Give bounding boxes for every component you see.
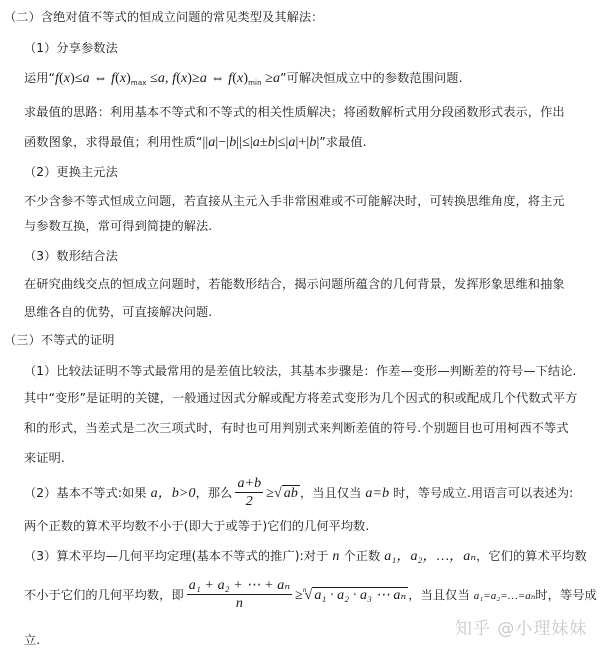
- text: 个正数: [339, 549, 384, 563]
- text: 时，等号成立.用语言可以表述为:: [389, 486, 573, 500]
- text: 不小于它们的几何平均数，即: [24, 588, 184, 602]
- equality-condition: a=b: [365, 486, 389, 501]
- method3-title: （3）数形结合法: [24, 248, 118, 264]
- item2-line2: 两个正数的算术平均数不小于(即大于或等于)它们的几何平均数.: [24, 518, 369, 534]
- text: （3）算术平均—几何平均定理(基本不等式的推广):对于: [24, 549, 332, 563]
- item3-line2: 不小于它们的几何平均数，即a₁ + a₂ + ⋯ + aₙn≥n√a₁ · a₂…: [24, 577, 597, 615]
- text: ”求最值.: [319, 135, 366, 149]
- item1-line3: 和的形式，当差式是二次三项式时，有时也可用判别式来判断差值的符号.个别题目也可用…: [24, 420, 569, 436]
- item1-line4: 来证明.: [24, 450, 65, 466]
- fraction-am: a+b2: [235, 476, 263, 511]
- zhihu-watermark: 知乎 @小理妹妹: [455, 614, 587, 639]
- text: ”可解决恒成立中的参数范围问题.: [280, 71, 462, 85]
- method2-line1: 不少含参不等式恒成立问题，若直接从主元入手非常困难或不可能解决时，可转换思维角度…: [24, 193, 565, 209]
- text: 时，等号成: [535, 588, 596, 602]
- item3-line1: （3）算术平均—几何平均定理(基本不等式的推广):对于 n 个正数 a₁，a₂，…: [24, 548, 587, 565]
- text: 函数图象，求得最值；利用性质“: [24, 135, 202, 149]
- text: ，当且仅当: [300, 486, 365, 500]
- item1-line2: 其中“变形”是证明的关键，一般通过因式分解或配方将差式变形为几个因式的积或配成几…: [24, 390, 577, 406]
- method1-line2: 求最值的思路：利用基本不等式和不等式的相关性质解决；将函数解析式用分段函数形式表…: [24, 104, 565, 120]
- method3-line1: 在研究曲线交点的恒成立问题时，若能数形结合，揭示问题所蕴含的几何背景，发挥形象思…: [24, 276, 565, 292]
- sqrt-gm: ab: [282, 485, 300, 501]
- equality-condition: a₁=a₂=…=aₙ: [474, 590, 536, 602]
- item2-line1: （2）基本不等式:如果 a，b>0，那么a+b2≥√ab，当且仅当 a=b 时，…: [24, 475, 573, 512]
- method2-title: （2）更换主元法: [24, 164, 118, 180]
- item1-line1: （1）比较法证明不等式最常用的是差值比较法，其基本步骤是：作差—变形—判断差的符…: [24, 363, 576, 379]
- method3-line2: 思维各自的优势，可直接解决问题.: [24, 304, 212, 320]
- condition: a，b>0: [151, 486, 196, 501]
- method1-line1: 运用“f(x)≤a ⇔ f(x)max ≤a, f(x)≥a ⇔ f(x)min…: [24, 70, 463, 91]
- method1-line3: 函数图象，求得最值；利用性质“||a|−|b||≤|a±b|≤|a|+|b|”求…: [24, 134, 367, 151]
- method1-title: （1）分享参数法: [24, 40, 118, 56]
- text: ，它们的算术平均数: [476, 549, 587, 563]
- text: （2）基本不等式:如果: [24, 486, 151, 500]
- nth-root-gm: a₁ · a₂ · a₃ ⋯ aₙ: [312, 587, 408, 603]
- fraction-am-n: a₁ + a₂ + ⋯ + aₙn: [187, 578, 292, 613]
- section3-heading: （三）不等式的证明: [4, 332, 115, 348]
- method2-line2: 与参数互换，常可得到简捷的解法.: [24, 218, 212, 234]
- text: ，当且仅当: [408, 588, 473, 602]
- text: 运用“: [24, 71, 55, 85]
- section2-heading: （二）含绝对值不等式的恒成立问题的常见类型及其解法：: [4, 9, 323, 25]
- text: ，那么: [196, 486, 233, 500]
- sequence: a₁，a₂，…，aₙ: [384, 549, 476, 564]
- item3-line3: 立.: [24, 632, 40, 648]
- formula-abs-triangle: ||a|−|b||≤|a±b|≤|a|+|b|: [202, 135, 319, 150]
